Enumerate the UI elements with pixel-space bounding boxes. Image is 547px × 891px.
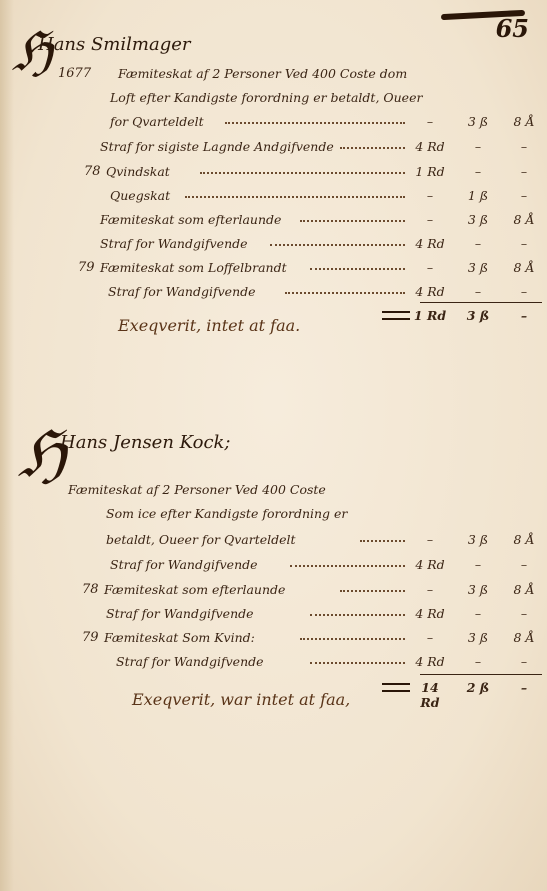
ledger-row: 79 Fæmiteskat Som Kvind: – 3 ß 8 Å — [0, 628, 547, 650]
ledger-row: 78 Qvindskat 1 Rd – – — [0, 162, 547, 184]
ledger-row: 78 Fæmiteskat som efterlaunde – 3 ß 8 Å — [0, 580, 547, 602]
ledger-row: Straf for Wandgifvende 4 Rd – – — [0, 652, 547, 674]
ledger-row: Quegskat – 1 ß – — [0, 186, 547, 208]
entry-1-remark: Exeqverit, intet at faa. — [118, 316, 300, 335]
ledger-row: Straf for Wandgifvende 4 Rd – – — [0, 555, 547, 577]
ledger-row: 79 Fæmiteskat som Loffelbrandt – 3 ß 8 Å — [0, 258, 547, 280]
ledger-row: Straf for Wandgifvende 4 Rd – – — [0, 234, 547, 256]
ledger-row: Fæmiteskat som efterlaunde – 3 ß 8 Å — [0, 210, 547, 232]
ledger-row: Straf for Wandgifvende 4 Rd – – — [0, 282, 547, 304]
total-rule — [420, 674, 542, 675]
capital-h-flourish: ℌ — [18, 418, 66, 492]
entry-2-name: Hans Jensen Kock; — [60, 432, 231, 453]
folio-number: 65 — [496, 14, 529, 43]
manuscript-page: 65 ℌ Hans Smilmager Fæmiteskat af 2 Pers… — [0, 0, 547, 891]
ledger-row: betaldt, Oueer for Qvarteldelt – 3 ß 8 Å — [0, 530, 547, 552]
entry-2-intro-line-2: Som ice efter Kandigste forordning er — [106, 506, 347, 521]
ledger-row: for Qvarteldelt – 3 ß 8 Å — [0, 112, 547, 134]
entry-1-name: Hans Smilmager — [38, 34, 190, 55]
ledger-row: Straf for Wandgifvende 4 Rd – – — [0, 604, 547, 626]
entry-1-year-1677: 1677 — [0, 64, 547, 86]
entry-1-intro-line-2: Loft efter Kandigste forordning er betal… — [110, 90, 422, 105]
total-rule — [420, 302, 542, 303]
entry-2-remark: Exeqverit, war intet at faa, — [132, 690, 350, 709]
entry-2-intro-line-1: Fæmiteskat af 2 Personer Ved 400 Coste — [68, 482, 326, 497]
ledger-row: Straf for sigiste Lagnde Andgifvende 4 R… — [0, 137, 547, 159]
